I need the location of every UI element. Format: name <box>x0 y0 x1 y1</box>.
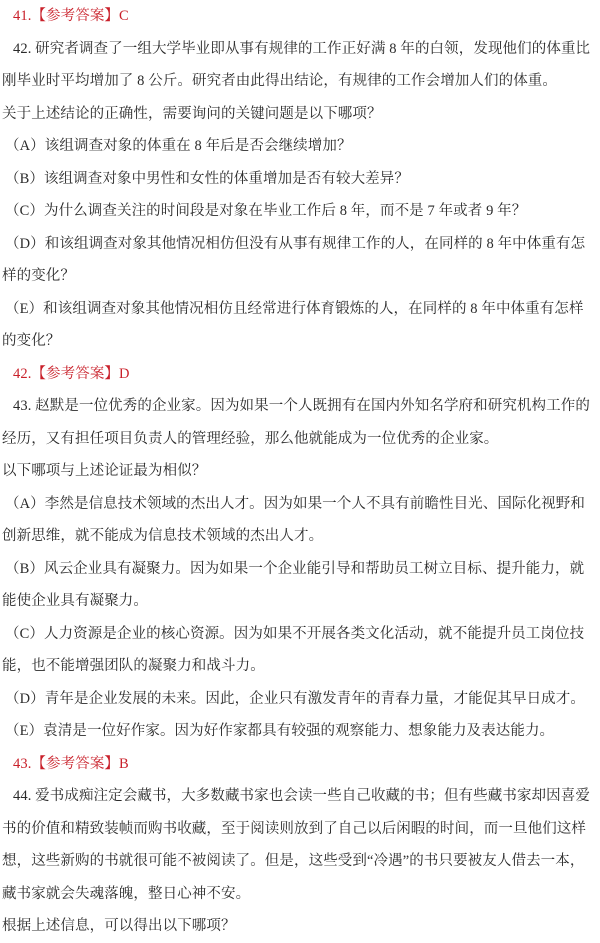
text-line: 书的价值和精致装帧而购书收藏，至于阅读则放到了自己以后闲暇的时间，而一旦他们这样 <box>2 813 594 846</box>
text-line: 刚毕业时平均增加了 8 公斤。研究者由此得出结论，有规律的工作会增加人们的体重。 <box>2 65 594 98</box>
text-line: （D）和该组调查对象其他情况相仿但没有从事有规律工作的人，在同样的 8 年中体重… <box>2 228 594 261</box>
text-line: 43. 赵默是一位优秀的企业家。因为如果一个人既拥有在国内外知名学府和研究机构工… <box>2 390 594 423</box>
document-page: 41.【参考答案】C42. 研究者调查了一组大学毕业即从事有规律的工作正好满 8… <box>0 0 600 943</box>
text-line: 藏书家就会失魂落魄，整日心神不安。 <box>2 878 594 911</box>
text-line: （A）李然是信息技术领域的杰出人才。因为如果一个人不具有前瞻性目光、国际化视野和 <box>2 488 594 521</box>
text-line: （E）和该组调查对象其他情况相仿且经常进行体育锻炼的人，在同样的 8 年中体重有… <box>2 293 594 326</box>
text-line: 44. 爱书成痴注定会藏书，大多数藏书家也会读一些自己收藏的书；但有些藏书家却因… <box>2 780 594 813</box>
answer-line: 41.【参考答案】C <box>2 0 594 33</box>
text-line: 42. 研究者调查了一组大学毕业即从事有规律的工作正好满 8 年的白领，发现他们… <box>2 33 594 66</box>
text-line: 关于上述结论的正确性，需要询问的关键问题是以下哪项？ <box>2 98 594 131</box>
text-line: （A）该组调查对象的体重在 8 年后是否会继续增加？ <box>2 130 594 163</box>
text-line: （E）袁清是一位好作家。因为好作家都具有较强的观察能力、想象能力及表达能力。 <box>2 715 594 748</box>
text-line: 能，也不能增强团队的凝聚力和战斗力。 <box>2 650 594 683</box>
text-line: 的变化？ <box>2 325 594 358</box>
text-line: （D）青年是企业发展的未来。因此，企业只有激发青年的青春力量，才能促其早日成才。 <box>2 683 594 716</box>
text-line: 以下哪项与上述论证最为相似？ <box>2 455 594 488</box>
text-line: （B）风云企业具有凝聚力。因为如果一个企业能引导和帮助员工树立目标、提升能力，就 <box>2 553 594 586</box>
document-lines: 41.【参考答案】C42. 研究者调查了一组大学毕业即从事有规律的工作正好满 8… <box>2 0 594 943</box>
text-line: （C）人力资源是企业的核心资源。因为如果不开展各类文化活动，就不能提升员工岗位技 <box>2 618 594 651</box>
text-line: 经历，又有担任项目负责人的管理经验，那么他就能成为一位优秀的企业家。 <box>2 423 594 456</box>
text-line: 根据上述信息，可以得出以下哪项？ <box>2 910 594 943</box>
text-line: 能使企业具有凝聚力。 <box>2 585 594 618</box>
text-line: 样的变化？ <box>2 260 594 293</box>
text-line: （B）该组调查对象中男性和女性的体重增加是否有较大差异？ <box>2 163 594 196</box>
text-line: 想，这些新购的书就很可能不被阅读了。但是，这些受到“冷遇”的书只要被友人借去一本… <box>2 845 594 878</box>
answer-line: 43.【参考答案】B <box>2 748 594 781</box>
answer-line: 42.【参考答案】D <box>2 358 594 391</box>
text-line: （C）为什么调查关注的时间段是对象在毕业工作后 8 年，而不是 7 年或者 9 … <box>2 195 594 228</box>
text-line: 创新思维，就不能成为信息技术领域的杰出人才。 <box>2 520 594 553</box>
